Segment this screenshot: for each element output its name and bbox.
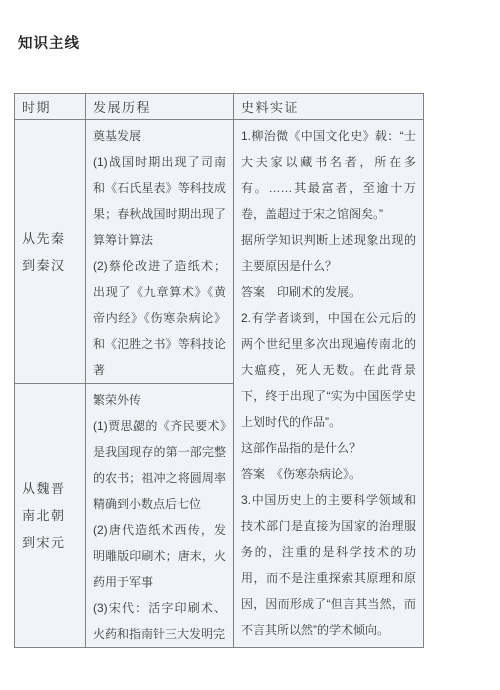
development-cell-prosperity: 繁荣外传 (1)贾思勰的《齐民要术》是我国现存的第一部完整的农书；祖冲之将圆周率…: [86, 384, 234, 648]
page-title: 知识主线: [18, 32, 80, 53]
period-cell-weijin-songyuan: 从魏晋 南北朝 到宋元: [15, 384, 86, 648]
document-page: 知识主线 时期 发展历程 史料实证 从先秦 到秦汉 奠基发展 (1)战国时期出现…: [0, 0, 500, 690]
column-header-development: 发展历程: [86, 94, 234, 120]
development-cell-foundation: 奠基发展 (1)战国时期出现了司南和《石氏星表》等科技成果；春秋战国时期出现了算…: [86, 120, 234, 384]
table-header-row: 时期 发展历程 史料实证: [15, 94, 424, 120]
table-row: 从先秦 到秦汉 奠基发展 (1)战国时期出现了司南和《石氏星表》等科技成果；春秋…: [15, 120, 424, 384]
column-header-evidence: 史料实证: [234, 94, 424, 120]
knowledge-table: 时期 发展历程 史料实证 从先秦 到秦汉 奠基发展 (1)战国时期出现了司南和《…: [14, 93, 424, 648]
column-header-period: 时期: [15, 94, 86, 120]
evidence-cell: 1.柳治微《中国文化史》载：“士大夫家以藏书名者，所在多有。……其最富者，至逾十…: [234, 120, 424, 648]
period-cell-preqin-qinhan: 从先秦 到秦汉: [15, 120, 86, 384]
